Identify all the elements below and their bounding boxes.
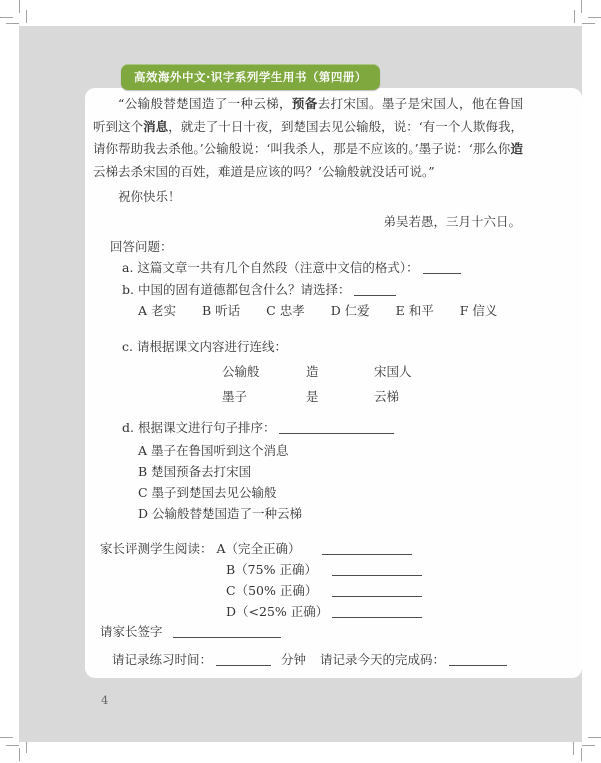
eval-row: B（75% 正确） <box>226 562 422 578</box>
crop-mark <box>582 745 595 746</box>
question-a: a. 这篇文章一共有几个自然段（注意中文信的格式）： <box>122 260 461 276</box>
eval-grade: C（50% 正确） <box>226 583 328 599</box>
connect-row: 公输般造宋国人 <box>222 362 412 380</box>
eval-row: D（<25% 正确） <box>226 604 422 620</box>
option-b-a: A 老实 <box>138 303 176 319</box>
question-a-blank[interactable] <box>423 261 461 274</box>
connect-cell: 是 <box>306 387 374 405</box>
letter-segment-bold: 预备 <box>292 96 318 111</box>
crop-mark <box>582 23 595 24</box>
crop-mark <box>573 742 574 755</box>
question-b-options: A 老实 B 听话 C 忠孝 D 仁爱 E 和平 F 信义 <box>138 303 519 319</box>
sign-label: 请家长签字 <box>100 624 163 639</box>
question-d: d. 根据课文进行句子排序： <box>122 420 394 436</box>
code-blank[interactable] <box>449 653 507 666</box>
option-b-e: E 和平 <box>396 303 434 319</box>
option-b-c: C 忠孝 <box>266 303 305 319</box>
sign-row: 请家长签字 <box>100 624 281 640</box>
d-option: C 墨子到楚国去见公输般 <box>138 485 277 501</box>
wish-line: 祝你快乐！ <box>118 189 181 205</box>
d-option: B 楚国预备去打宋国 <box>138 464 251 480</box>
eval-blank[interactable] <box>332 563 422 576</box>
crop-mark <box>19 748 20 761</box>
crop-mark <box>19 0 20 13</box>
crop-mark <box>588 737 601 738</box>
connect-cell: 宋国人 <box>374 364 412 379</box>
question-b-blank[interactable] <box>354 283 396 296</box>
time-label: 请记录练习时间： <box>112 652 212 667</box>
page-number: 4 <box>101 693 108 707</box>
connect-cell: 墨子 <box>222 387 306 405</box>
eval-blank[interactable] <box>332 584 422 597</box>
minutes-label: 分钟 <box>281 652 306 667</box>
question-b: b. 中国的固有道德都包含什么？请选择： <box>122 282 396 298</box>
d-option: D 公输般替楚国造了一种云梯 <box>138 506 302 522</box>
eval-label: 家长评测学生阅读： <box>100 541 213 556</box>
letter-segment: 云梯去杀宋国的百姓，难道是应该的吗？’公输般就没话可说。” <box>93 164 435 179</box>
option-b-b: B 听话 <box>202 303 240 319</box>
eval-blank[interactable] <box>332 605 422 618</box>
crop-mark <box>581 748 582 761</box>
crop-mark <box>0 17 13 18</box>
time-blank[interactable] <box>216 653 271 666</box>
eval-grade: B（75% 正确） <box>226 562 328 578</box>
option-b-d: D 仁爱 <box>331 303 370 319</box>
connect-cell: 云梯 <box>374 389 399 404</box>
question-b-label: b. 中国的固有道德都包含什么？请选择： <box>122 282 350 297</box>
crop-mark <box>581 0 582 13</box>
code-label: 请记录今天的完成码： <box>320 652 445 667</box>
question-d-label: d. 根据课文进行句子排序： <box>122 420 275 435</box>
signature-line: 弟吴若愚，三月十六日。 <box>93 212 521 230</box>
questions-heading: 回答问题： <box>110 239 173 255</box>
question-c-label: c. 请根据课文内容进行连线： <box>122 339 287 355</box>
connect-cell: 造 <box>306 362 374 380</box>
letter-segment: “公输般替楚国造了一种云梯， <box>118 96 292 111</box>
crop-mark <box>0 737 13 738</box>
option-b-f: F 信义 <box>460 303 498 319</box>
sign-blank[interactable] <box>173 625 281 638</box>
crop-mark <box>6 745 19 746</box>
question-d-blank[interactable] <box>279 421 394 434</box>
crop-mark <box>26 10 27 23</box>
connect-cell: 公输般 <box>222 362 306 380</box>
d-option: A 墨子在鲁国听到这个消息 <box>138 443 289 459</box>
eval-row: 家长评测学生阅读： A（完全正确） <box>100 541 412 557</box>
connect-row: 墨子是云梯 <box>222 387 399 405</box>
letter-segment-bold: 消息 <box>143 119 168 134</box>
letter-segment-bold: 造 <box>510 141 523 156</box>
crop-mark <box>588 17 601 18</box>
footer-row: 请记录练习时间： 分钟 请记录今天的完成码： <box>112 652 507 668</box>
eval-blank[interactable] <box>322 542 412 555</box>
series-badge: 高效海外中文·识字系列学生用书（第四册） <box>121 64 380 90</box>
letter-paragraph: “公输般替楚国造了一种云梯，预备去打宋国。墨子是宋国人，他在鲁国听到这个消息，就… <box>93 93 523 183</box>
eval-grade: D（<25% 正确） <box>226 604 328 620</box>
eval-grade: A（完全正确） <box>217 541 319 557</box>
eval-row: C（50% 正确） <box>226 583 422 599</box>
question-a-label: a. 这篇文章一共有几个自然段（注意中文信的格式）： <box>122 260 419 275</box>
crop-mark <box>6 23 19 24</box>
crop-mark <box>574 10 575 23</box>
